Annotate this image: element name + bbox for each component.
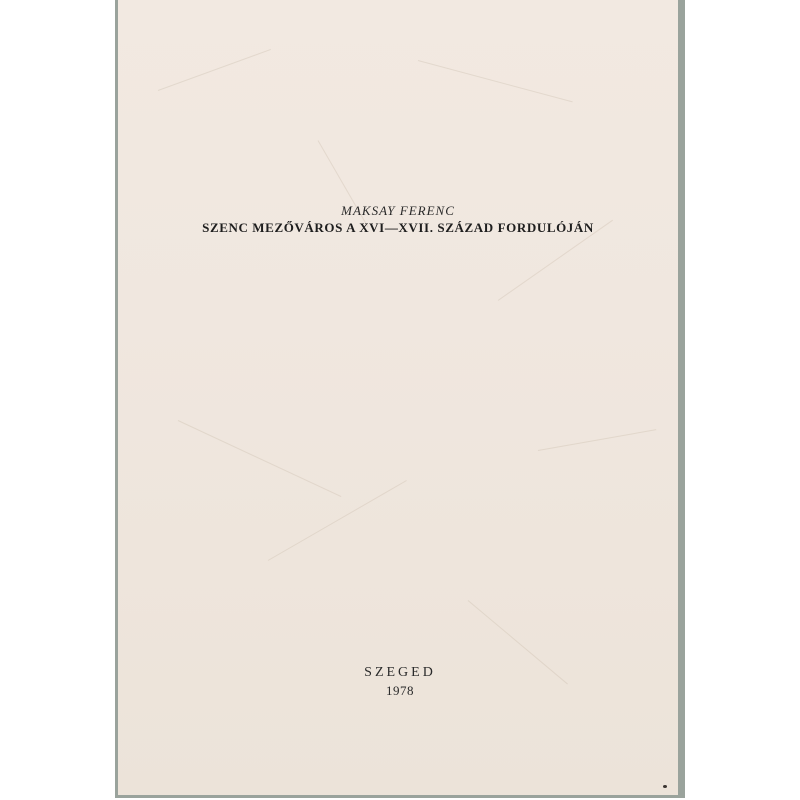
publication-place: SZEGED xyxy=(340,665,460,681)
paper-speck xyxy=(663,785,667,788)
author-name: MAKSAY FERENC xyxy=(148,203,648,219)
paper-fibre xyxy=(468,600,568,684)
paper-fibre xyxy=(178,420,342,497)
publication-year: 1978 xyxy=(340,683,460,699)
paper-fibre xyxy=(538,429,656,451)
book-title: SZENC MEZŐVÁROS A XVI—XVII. SZÁZAD FORDU… xyxy=(118,220,678,236)
book-cover: MAKSAY FERENC SZENC MEZŐVÁROS A XVI—XVII… xyxy=(118,0,678,795)
paper-fibre xyxy=(268,480,407,561)
paper-fibre xyxy=(158,49,271,91)
paper-fibre xyxy=(418,60,573,102)
